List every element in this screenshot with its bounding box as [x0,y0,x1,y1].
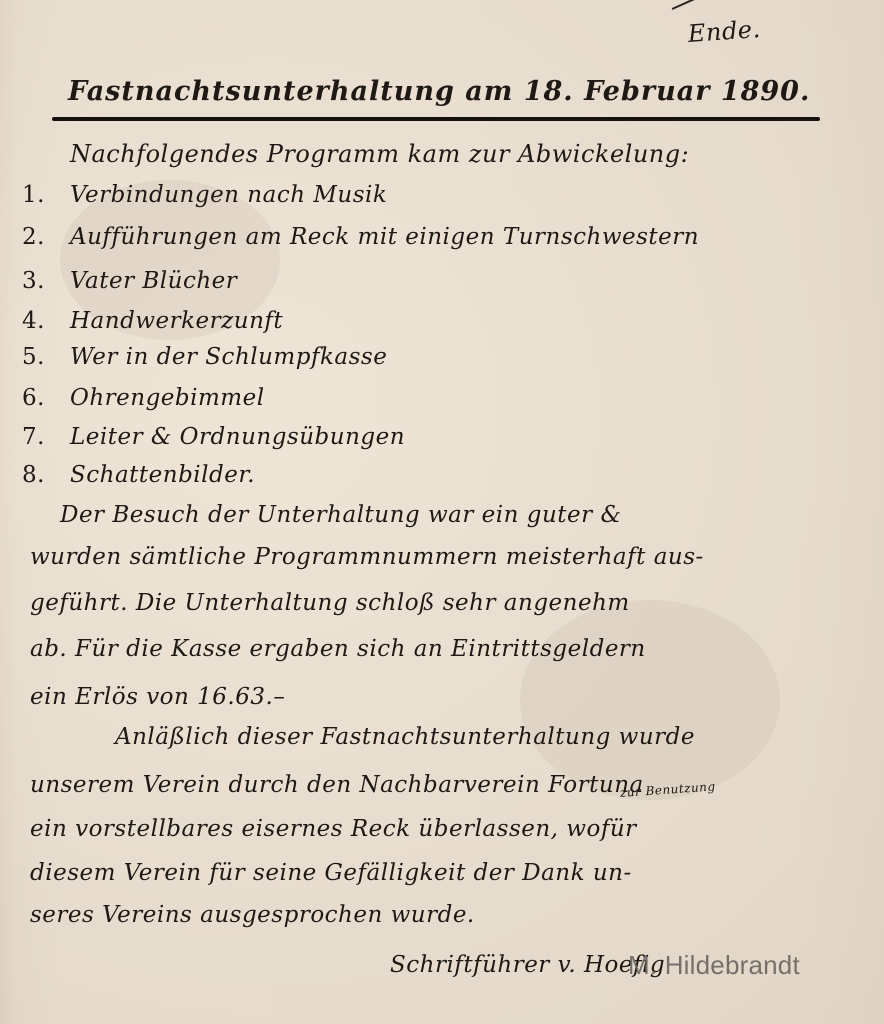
program-item-number: 1. [22,182,70,208]
program-item-number: 4. [22,308,70,334]
program-item: 4.Handwerkerzunft [22,308,283,334]
program-item: 7.Leiter & Ordnungsübungen [22,424,405,450]
program-item-text: Vater Blücher [70,268,237,294]
paragraph-line: wurden sämtliche Programmnummern meister… [30,544,704,570]
program-item-text: Ohrengebimmel [70,385,265,411]
program-item-number: 3. [22,268,70,294]
signature: Schriftführer v. Hoefig [390,952,665,978]
paragraph-line: ein Erlös von 16.63.– [30,684,285,710]
program-item: 8.Schattenbilder. [22,462,255,488]
paragraph-line: diesem Verein für seine Gefälligkeit der… [30,860,632,886]
page-title: Fastnachtsunterhaltung am 18. Februar 18… [68,76,810,107]
paper-stain [520,600,780,800]
page-header-note: Ende. [687,15,761,48]
program-item: 3.Vater Blücher [22,268,237,294]
program-item-number: 7. [22,424,70,450]
manuscript-page: Ende. Fastnachtsunterhaltung am 18. Febr… [0,0,884,1024]
program-item-text: Aufführungen am Reck mit einigen Turnsch… [70,224,699,250]
program-item-number: 6. [22,385,70,411]
program-item-number: 5. [22,344,70,370]
program-item-number: 2. [22,224,70,250]
program-item-text: Handwerkerzunft [70,308,283,334]
paragraph-line: Der Besuch der Unterhaltung war ein gute… [60,502,621,528]
paragraph-line: seres Vereins ausgesprochen wurde. [30,902,475,928]
program-item: 6.Ohrengebimmel [22,385,265,411]
program-item-text: Leiter & Ordnungsübungen [70,424,405,450]
paragraph-line: Anläßlich dieser Fastnachtsunterhaltung … [115,724,695,750]
paragraph-line: unserem Verein durch den Nachbarverein F… [30,772,644,798]
paragraph-line: ein vorstellbares eisernes Reck überlass… [30,816,637,842]
program-item-text: Schattenbilder. [70,462,255,488]
paragraph-line: ab. Für die Kasse ergaben sich an Eintri… [30,636,646,662]
program-item-number: 8. [22,462,70,488]
title-underline [52,117,820,121]
watermark-credit: M. Hildebrandt [628,950,800,981]
program-item: 1.Verbindungen nach Musik [22,182,387,208]
program-item: 2.Aufführungen am Reck mit einigen Turns… [22,224,699,250]
program-item: 5.Wer in der Schlumpfkasse [22,344,387,370]
program-item-text: Verbindungen nach Musik [70,182,387,208]
header-flourish [672,0,746,9]
program-item-text: Wer in der Schlumpfkasse [70,344,387,370]
program-intro: Nachfolgendes Programm kam zur Abwickelu… [70,140,689,168]
paragraph-line: geführt. Die Unterhaltung schloß sehr an… [30,590,630,616]
